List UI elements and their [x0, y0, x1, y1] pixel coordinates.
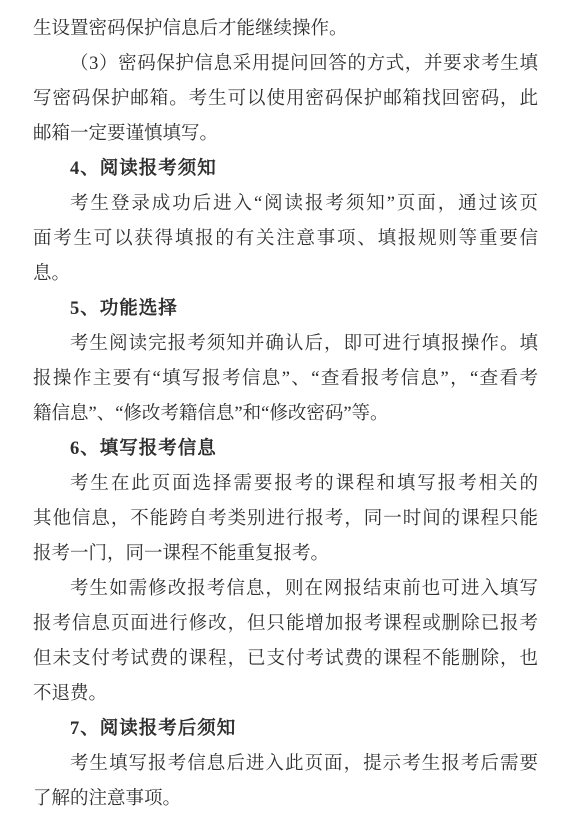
paragraph-line: 生设置密码保护信息后才能继续操作。	[33, 12, 538, 47]
section-heading: 7、阅读报考后须知	[33, 712, 538, 747]
paragraph-line: 了解的注意事项。	[33, 782, 538, 814]
paragraph-line: 面考生可以获得填报的有关注意事项、填报规则等重要信	[33, 222, 538, 257]
paragraph-line: 其他信息，不能跨自考类别进行报考，同一时间的课程只能	[33, 502, 538, 537]
section-heading: 4、阅读报考须知	[33, 152, 538, 187]
paragraph-line: 考生登录成功后进入“阅读报考须知”页面，通过该页	[33, 187, 538, 222]
paragraph-line: 邮箱一定要谨慎填写。	[33, 117, 538, 152]
document-page: 生设置密码保护信息后才能继续操作。（3）密码保护信息采用提问回答的方式，并要求考…	[0, 0, 569, 814]
paragraph-line: 考生在此页面选择需要报考的课程和填写报考相关的	[33, 467, 538, 502]
paragraph-line: 写密码保护邮箱。考生可以使用密码保护邮箱找回密码，此	[33, 82, 538, 117]
paragraph-line: 考生如需修改报考信息，则在网报结束前也可进入填写	[33, 572, 538, 607]
paragraph-line: 考生填写报考信息后进入此页面，提示考生报考后需要	[33, 747, 538, 782]
paragraph-line: 不退费。	[33, 677, 538, 712]
paragraph-line: 考生阅读完报考须知并确认后，即可进行填报操作。填	[33, 327, 538, 362]
section-heading: 6、填写报考信息	[33, 432, 538, 467]
paragraph-line: 籍信息”、“修改考籍信息”和“修改密码”等。	[33, 397, 538, 432]
paragraph-line: 但未支付考试费的课程，已支付考试费的课程不能删除，也	[33, 642, 538, 677]
document-content: 生设置密码保护信息后才能继续操作。（3）密码保护信息采用提问回答的方式，并要求考…	[33, 12, 538, 814]
section-heading: 5、功能选择	[33, 292, 538, 327]
paragraph-line: （3）密码保护信息采用提问回答的方式，并要求考生填	[33, 47, 538, 82]
paragraph-line: 报操作主要有“填写报考信息”、“查看报考信息”，“查看考	[33, 362, 538, 397]
paragraph-line: 报考一门，同一课程不能重复报考。	[33, 537, 538, 572]
paragraph-line: 报考信息页面进行修改，但只能增加报考课程或删除已报考	[33, 607, 538, 642]
paragraph-line: 息。	[33, 257, 538, 292]
